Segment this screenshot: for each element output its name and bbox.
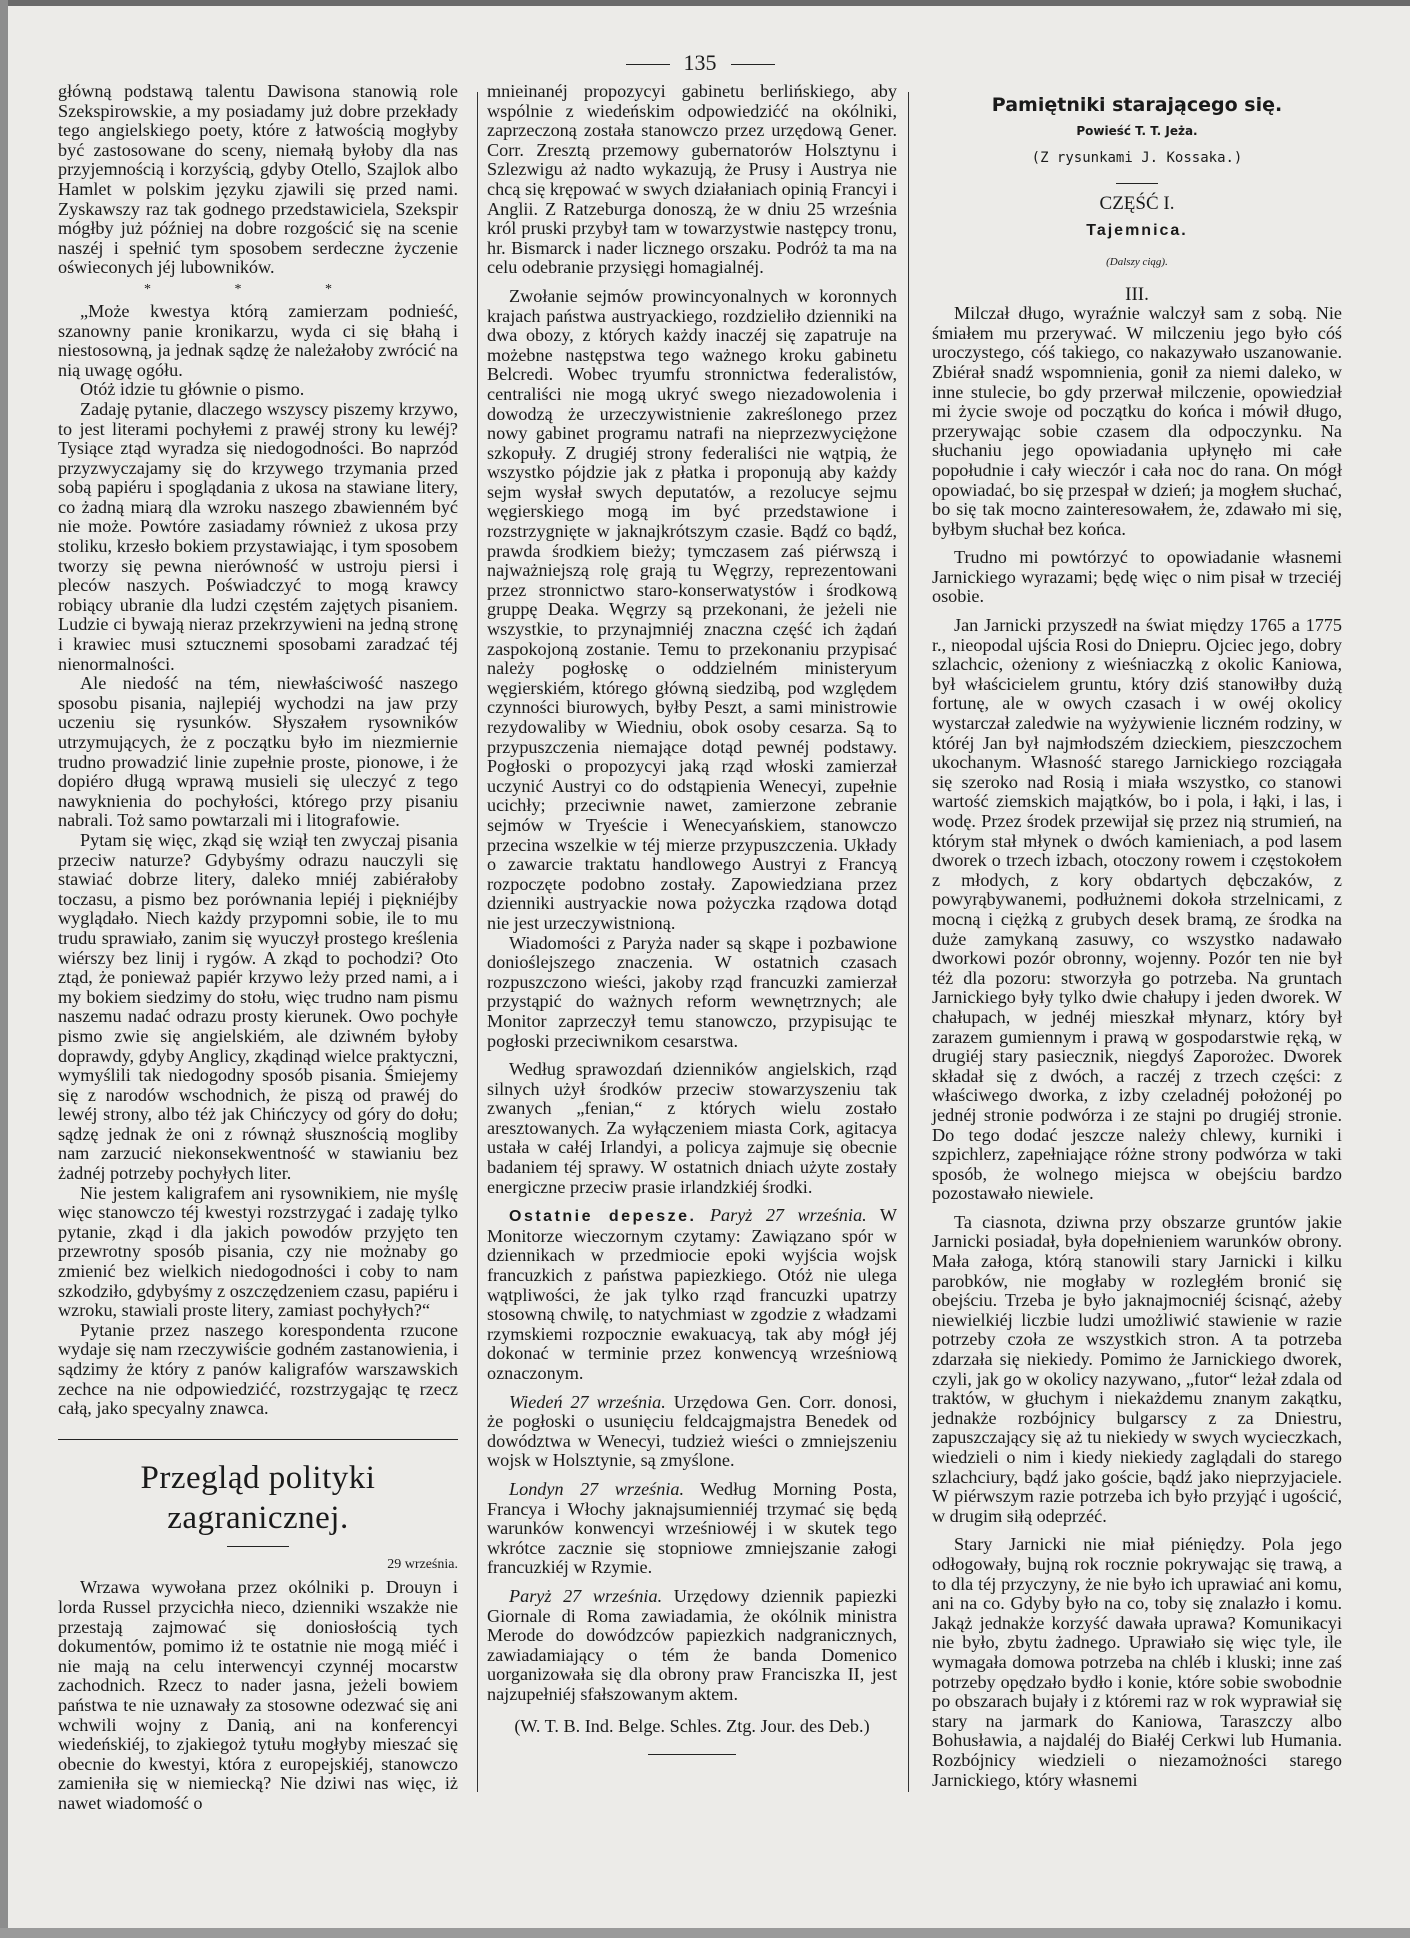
- letter-paragraph: „Może kwestya którą zamierzam podnieść, …: [58, 302, 458, 380]
- section-title-foreign-policy: Przegląd polityki zagranicznej.: [58, 1458, 458, 1538]
- section-separator-stars: * * *: [58, 278, 458, 302]
- editorial-closing-paragraph: Pytanie przez naszego korespondenta rzuc…: [58, 1321, 458, 1419]
- novel-title: Pamiętniki starającego się.: [932, 96, 1342, 116]
- news-sources: (W. T. B. Ind. Belge. Schles. Ztg. Jour.…: [487, 1717, 897, 1737]
- novel-paragraph: Jan Jarnicki przyszedł na świat między 1…: [932, 616, 1342, 1204]
- column-rule-2: [908, 92, 909, 1792]
- letter-paragraph: Zadaję pytanie, dlaczego wszyscy piszemy…: [58, 400, 458, 674]
- letter-paragraph: Otóż idzie tu głównie o pismo.: [58, 380, 458, 400]
- column-3: Pamiętniki starającego się. Powieść T. T…: [932, 82, 1342, 1790]
- news-paragraph: Wiadomości z Paryża nader są skąpe i poz…: [487, 934, 897, 1052]
- news-paragraph: mnieinanéj propozycyi gabinetu berliński…: [487, 82, 897, 278]
- letter-paragraph: Pytam się więc, zkąd się wziął ten zwycz…: [58, 831, 458, 1184]
- title-underline: [227, 1546, 289, 1547]
- chapter-number: III.: [932, 285, 1342, 305]
- dispatch-item: Paryż 27 września. Urzędowy dziennik pap…: [487, 1587, 897, 1705]
- section-paragraph: Wrzawa wywołana przez okólniki p. Drouyn…: [58, 1578, 458, 1813]
- scan-edge-bottom: [0, 1928, 1410, 1938]
- news-paragraph: Zwołanie sejmów prowincyonalnych w koron…: [487, 287, 897, 934]
- column-1: główną podstawą talentu Dawisona stanowi…: [58, 82, 458, 1814]
- page-number: 135: [684, 50, 717, 75]
- news-paragraph: Według sprawozdań dzienników angielskich…: [487, 1060, 897, 1197]
- novel-paragraph: Ta ciasnota, dziwna przy obszarze gruntó…: [932, 1213, 1342, 1527]
- page-number-header: 135: [600, 50, 800, 76]
- dispatch-place-date: Paryż 27 września.: [710, 1205, 867, 1225]
- column-rule-1: [477, 92, 478, 1792]
- novel-illustrator: (Z rysunkami J. Kossaka.): [932, 149, 1342, 169]
- dispatch-item: Wiedeń 27 września. Urzędowa Gen. Corr. …: [487, 1393, 897, 1471]
- header-dash-left: [626, 64, 670, 65]
- dispatch-text: W Monitorze wieczornym czytamy: Zawiązan…: [487, 1205, 897, 1383]
- scan-edge-left: [0, 0, 8, 1938]
- part-heading: CZĘŚĆ I.: [932, 194, 1342, 214]
- section-divider: [58, 1439, 458, 1440]
- novel-paragraph: Stary Jarnicki nie miał piéniędzy. Pola …: [932, 1535, 1342, 1790]
- part-title: Tajemnica.: [932, 221, 1342, 241]
- novel-paragraph: Trudno mi powtórzyć to opowiadanie własn…: [932, 548, 1342, 607]
- column-end-rule: [648, 1754, 736, 1755]
- dispatch-item: Ostatnie depesze. Paryż 27 września. W M…: [487, 1206, 897, 1383]
- dispatches-heading: Ostatnie depesze.: [509, 1208, 696, 1225]
- section-date: 29 września.: [58, 1555, 458, 1575]
- header-dash-right: [731, 64, 775, 65]
- dispatch-item: Londyn 27 września. Według Morning Posta…: [487, 1480, 897, 1578]
- column-2: mnieinanéj propozycyi gabinetu berliński…: [487, 82, 897, 1769]
- title-rule: [1116, 183, 1158, 184]
- dispatch-place-date: Londyn 27 września.: [509, 1479, 684, 1499]
- novel-paragraph: Milczał długo, wyraźnie walczył sam z so…: [932, 304, 1342, 539]
- letter-paragraph: Nie jestem kaligrafem ani rysownikiem, n…: [58, 1184, 458, 1321]
- dispatch-place-date: Wiedeń 27 września.: [509, 1392, 666, 1412]
- letter-paragraph: Ale niedość na tém, niewłaściwość naszeg…: [58, 674, 458, 831]
- dispatch-place-date: Paryż 27 września.: [509, 1586, 662, 1606]
- intro-paragraph: główną podstawą talentu Dawisona stanowi…: [58, 82, 458, 278]
- continuation-note: (Dalszy ciąg).: [932, 253, 1342, 273]
- novel-author: Powieść T. T. Jeża.: [932, 122, 1342, 142]
